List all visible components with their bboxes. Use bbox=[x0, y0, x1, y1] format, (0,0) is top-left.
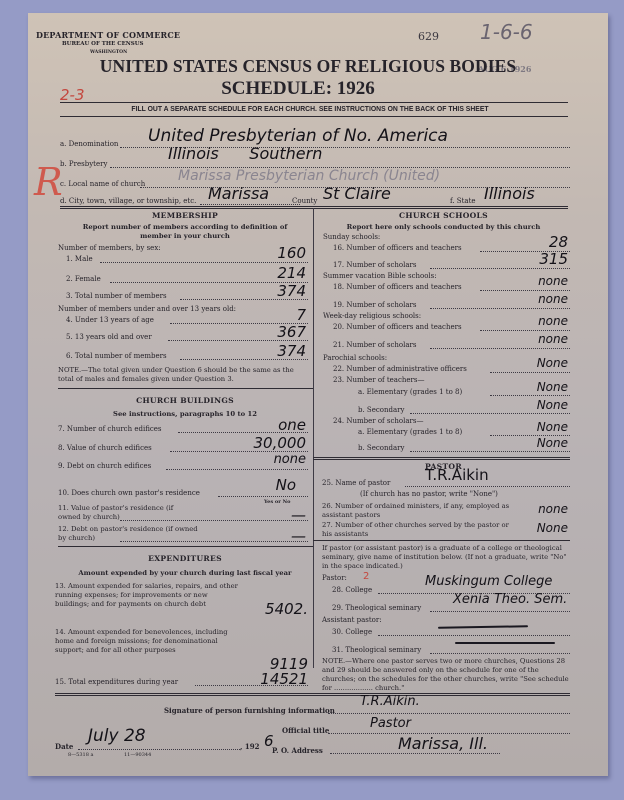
total-expenditures-label: 15. Total expenditures during year bbox=[55, 678, 178, 686]
admin-officers-label: 22. Number of administrative officers bbox=[333, 365, 467, 373]
own-residence-hint: Yes or No bbox=[264, 499, 291, 505]
dotted-line bbox=[430, 348, 570, 349]
address-value: Marissa, Ill. bbox=[398, 734, 488, 753]
dotted-line bbox=[430, 308, 570, 309]
over-13-value: 367 bbox=[250, 323, 306, 341]
county-label: County bbox=[292, 197, 317, 205]
presbytery-label: b. Presbytery bbox=[60, 160, 107, 168]
own-residence-value: No bbox=[250, 476, 296, 494]
assistant-pastors-value: none bbox=[510, 502, 568, 516]
schedule-title: SCHEDULE: 1926 bbox=[198, 78, 398, 100]
date-value: July 28 bbox=[88, 726, 146, 746]
edifices-debt-value: none bbox=[240, 452, 306, 467]
edifices-debt-label: 9. Debt on church edifices bbox=[58, 462, 151, 470]
male-label: 1. Male bbox=[66, 255, 93, 263]
dotted-line bbox=[78, 749, 240, 750]
under-13-value: 7 bbox=[250, 306, 306, 324]
dotted-line bbox=[218, 496, 308, 497]
other-churches-value: None bbox=[510, 521, 568, 535]
scholars-elementary-label: a. Elementary (grades 1 to 8) bbox=[358, 428, 462, 436]
dotted-line bbox=[430, 268, 570, 269]
pastor-red-mark: 2 bbox=[363, 571, 369, 582]
divider bbox=[313, 540, 570, 541]
local-name-label: c. Local name of church bbox=[60, 180, 145, 188]
membership-subheading: Report number of members according to de… bbox=[70, 223, 300, 241]
sunday-scholars-value: 315 bbox=[520, 250, 568, 268]
edifices-value-label: 8. Value of church edifices bbox=[58, 444, 152, 452]
total-expenditures-value: 14521 bbox=[234, 670, 308, 688]
teachers-secondary-label: b. Secondary bbox=[358, 406, 404, 414]
admin-officers-value: None bbox=[510, 356, 568, 370]
official-title-label: Official title bbox=[282, 726, 329, 735]
pastor-name-label: 25. Name of pastor bbox=[322, 479, 390, 487]
address-label: P. O. Address bbox=[272, 746, 323, 755]
divider bbox=[60, 206, 568, 207]
teachers-elementary-value: None bbox=[510, 380, 568, 394]
city-heading: WASHINGTON bbox=[90, 50, 127, 55]
under-13-label: 4. Under 13 years of age bbox=[66, 316, 154, 324]
dotted-line bbox=[410, 451, 570, 452]
divider bbox=[313, 457, 570, 458]
local-name-value: Marissa Presbyterian Church (United) bbox=[178, 168, 440, 184]
dotted-line bbox=[100, 262, 308, 263]
dotted-line bbox=[166, 469, 308, 470]
weekday-scholars-label: 21. Number of scholars bbox=[333, 341, 416, 349]
divider bbox=[55, 693, 570, 694]
weekday-officers-value: none bbox=[510, 314, 568, 328]
summer-officers-value: none bbox=[510, 274, 568, 288]
total-members-2-label: 6. Total number of members bbox=[66, 352, 167, 360]
asst-seminary-label: 31. Theological seminary bbox=[332, 646, 421, 654]
dotted-line bbox=[405, 486, 570, 487]
seminary-label: 29. Theological seminary bbox=[332, 604, 421, 612]
form-number: 629 bbox=[418, 30, 439, 43]
instruction-banner: FILL OUT A SEPARATE SCHEDULE FOR EACH CH… bbox=[85, 104, 535, 113]
expenditures-heading: EXPENDITURES bbox=[60, 554, 310, 563]
column-divider bbox=[313, 208, 314, 668]
corner-code: 1-6-6 bbox=[480, 20, 533, 44]
seminary-value: Xenia Theo. Sem. bbox=[453, 592, 567, 607]
sunday-officers-value: 28 bbox=[520, 233, 568, 251]
pastor-college-group: Pastor: bbox=[322, 574, 347, 582]
denomination-value: United Presbyterian of No. America bbox=[148, 126, 448, 146]
divider bbox=[313, 459, 570, 460]
asst-seminary-dash bbox=[455, 642, 555, 644]
pastor-note: NOTE.—Where one pastor serves two or mor… bbox=[322, 657, 572, 693]
official-title-value: Pastor bbox=[370, 716, 411, 731]
divider bbox=[58, 388, 313, 389]
print-code-2: 11—90344 bbox=[124, 752, 151, 758]
dotted-line bbox=[330, 753, 500, 754]
red-circle-mark: R bbox=[34, 160, 63, 204]
print-code: 8—5318 a bbox=[68, 752, 93, 758]
membership-note: NOTE.—The total given under Question 6 s… bbox=[58, 366, 310, 384]
male-value: 160 bbox=[250, 244, 306, 262]
buildings-heading: CHURCH BUILDINGS bbox=[60, 396, 310, 405]
denomination-label: a. Denomination bbox=[60, 140, 118, 148]
female-value: 214 bbox=[250, 264, 306, 282]
signature-label: Signature of person furnishing informati… bbox=[164, 706, 335, 715]
divider bbox=[60, 208, 568, 209]
summer-scholars-label: 19. Number of scholars bbox=[333, 301, 416, 309]
bureau-heading: BUREAU OF THE CENSUS bbox=[62, 41, 144, 47]
page-title: UNITED STATES CENSUS OF RELIGIOUS BODIES bbox=[98, 56, 518, 77]
state-value: Illinois bbox=[484, 184, 535, 203]
pastor-name-value: T.R.Aikin bbox=[425, 466, 489, 484]
assistant-pastor-label: Assistant pastor: bbox=[322, 616, 382, 624]
divider bbox=[60, 116, 568, 117]
year-prefix: , 192 bbox=[240, 742, 260, 751]
weekday-scholars-value: none bbox=[510, 332, 568, 346]
graduate-note: If pastor (or assistant pastor) is a gra… bbox=[322, 544, 570, 571]
dotted-line bbox=[480, 330, 570, 331]
summer-schools-label: Summer vacation Bible schools: bbox=[323, 272, 437, 280]
county-value: St Claire bbox=[323, 184, 391, 203]
divider bbox=[55, 695, 570, 696]
edifices-count-value: one bbox=[240, 416, 306, 434]
female-label: 2. Female bbox=[66, 275, 101, 283]
schools-subheading: Report here only schools conducted by th… bbox=[316, 223, 571, 231]
weekday-schools-label: Week-day religious schools: bbox=[323, 312, 421, 320]
running-expenses-value: 5402. bbox=[234, 600, 308, 618]
by-sex-label: Number of members, by sex: bbox=[58, 244, 161, 252]
department-heading: DEPARTMENT OF COMMERCE bbox=[36, 30, 180, 40]
edifices-value-value: 30,000 bbox=[230, 434, 306, 452]
state-label: f. State bbox=[450, 197, 476, 205]
scholars-label: 24. Number of scholars— bbox=[333, 417, 423, 425]
membership-heading: MEMBERSHIP bbox=[60, 211, 310, 220]
by-age-label: Number of members under and over 13 year… bbox=[58, 305, 236, 313]
divider bbox=[60, 102, 568, 103]
teachers-elementary-label: a. Elementary (grades 1 to 8) bbox=[358, 388, 462, 396]
divider bbox=[58, 546, 313, 547]
date-label: Date bbox=[55, 742, 73, 751]
city-value: Marissa bbox=[208, 184, 269, 203]
dotted-line bbox=[430, 653, 570, 654]
edifices-count-label: 7. Number of church edifices bbox=[58, 425, 162, 433]
presbytery-value: Illinois Southern bbox=[168, 144, 322, 163]
weekday-officers-label: 20. Number of officers and teachers bbox=[333, 323, 462, 331]
college-value: Muskingum College bbox=[425, 574, 552, 589]
summer-scholars-value: none bbox=[510, 292, 568, 306]
dotted-line bbox=[430, 611, 570, 612]
city-label: d. City, town, village, or township, etc… bbox=[60, 197, 196, 205]
teachers-label: 23. Number of teachers— bbox=[333, 376, 425, 384]
scholars-elementary-value: None bbox=[510, 420, 568, 434]
benevolences-label: 14. Amount expended for benevolences, in… bbox=[55, 628, 240, 655]
dotted-line bbox=[490, 372, 570, 373]
sunday-scholars-label: 17. Number of scholars bbox=[333, 261, 416, 269]
running-expenses-label: 13. Amount expended for salaries, repair… bbox=[55, 582, 240, 609]
dotted-line bbox=[378, 635, 570, 636]
dotted-line bbox=[200, 204, 300, 205]
scholars-secondary-label: b. Secondary bbox=[358, 444, 404, 452]
own-residence-label: 10. Does church own pastor's residence bbox=[58, 489, 200, 497]
sunday-schools-label: Sunday schools: bbox=[323, 233, 380, 241]
expenditures-subheading: Amount expended by your church during la… bbox=[60, 569, 310, 577]
dotted-line bbox=[410, 413, 570, 414]
asst-college-label: 30. College bbox=[332, 628, 372, 636]
college-label: 28. College bbox=[332, 586, 372, 594]
total-members-label: 3. Total number of members bbox=[66, 292, 167, 300]
total-members-value: 374 bbox=[250, 282, 306, 300]
signature-value: T.R.Aikin. bbox=[360, 694, 420, 709]
residence-value-value: — bbox=[250, 506, 306, 524]
summer-officers-label: 18. Number of officers and teachers bbox=[333, 283, 462, 291]
other-churches-label: 27. Number of other churches served by t… bbox=[322, 521, 512, 539]
sunday-officers-label: 16. Number of officers and teachers bbox=[333, 244, 462, 252]
over-13-label: 5. 13 years old and over bbox=[66, 333, 152, 341]
schools-heading: CHURCH SCHOOLS bbox=[316, 211, 571, 220]
assistant-pastors-label: 26. Number of ordained ministers, if any… bbox=[322, 502, 512, 520]
residence-debt-value: — bbox=[250, 527, 306, 545]
dotted-line bbox=[490, 395, 570, 396]
parochial-schools-label: Parochial schools: bbox=[323, 354, 387, 362]
total-members-2-value: 374 bbox=[250, 342, 306, 360]
scholars-secondary-value: None bbox=[510, 436, 568, 450]
dotted-line bbox=[480, 290, 570, 291]
teachers-secondary-value: None bbox=[510, 398, 568, 412]
dotted-line bbox=[328, 713, 570, 714]
pastor-name-hint: (If church has no pastor, write "None") bbox=[360, 490, 498, 498]
